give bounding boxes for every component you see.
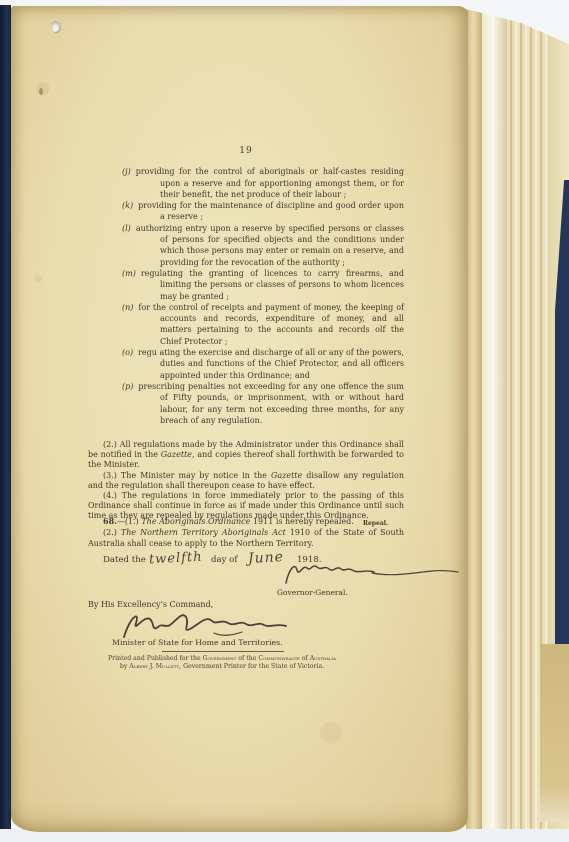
item-letter: (m)	[122, 269, 136, 278]
imprint-text: of	[300, 655, 310, 662]
margin-note-repeal: Repeal.	[363, 519, 388, 530]
list-item: (p)prescribing penalties not exceeding f…	[88, 381, 404, 426]
dated-label: Dated the	[88, 555, 146, 565]
imprint-smallcaps: Government	[203, 655, 237, 662]
imprint-line-2: by Albert J. Mullett, Government Printer…	[86, 663, 358, 671]
imprint-text: of the	[236, 655, 258, 662]
governor-general-title: Governor-General.	[277, 588, 348, 597]
clause-3: (3.) The Minister may by notice in the G…	[88, 471, 404, 491]
repealed-act-title: The Northern Territory Aboriginals Act	[121, 528, 286, 537]
book-left-binding-edge	[0, 5, 11, 836]
clause-2: (2.) All regulations made by the Adminis…	[88, 440, 404, 471]
page-number: 19	[88, 146, 404, 157]
clause-3-text: (3.) The Minister may by notice in the	[103, 471, 271, 480]
subclauses-block: (2.) All regulations made by the Adminis…	[88, 440, 404, 522]
day-of-label: day of	[211, 555, 238, 565]
item-text: regulating the granting of licences to c…	[141, 269, 404, 301]
section-68-sub2: (2.) The Northern Territory Aboriginals …	[88, 528, 404, 550]
list-item: (j)providing for the control of aborigin…	[88, 166, 404, 200]
section-number: 68.	[103, 516, 117, 526]
item-letter: (o)	[122, 348, 133, 357]
handwritten-day: twelfth	[148, 550, 202, 568]
item-letter: (k)	[122, 201, 133, 210]
item-text: regu ating the exercise and discharge of…	[138, 348, 404, 380]
item-letter: (n)	[122, 303, 133, 312]
section-68-block: 68.—(1.) The Aboriginals Ordinance 1911 …	[88, 516, 404, 549]
sub2-lead: (2.)	[103, 528, 121, 537]
item-text: prescribing penalties not exceeding for …	[138, 382, 404, 425]
handwritten-month: June	[248, 549, 285, 567]
imprint-text: , Government Printer for the State of Vi…	[179, 663, 324, 670]
section-text: 1911 is hereby repealed.	[250, 517, 353, 526]
imprint-line-1: Printed and Published for the Government…	[86, 655, 358, 663]
repealed-ordinance-title: The Aboriginals Ordinance	[141, 517, 250, 526]
imprint-text: Printed and Published for the	[108, 655, 203, 662]
page-stack-white-strip	[482, 7, 507, 834]
page-fore-edge	[466, 3, 482, 834]
printer-imprint: Printed and Published for the Government…	[86, 655, 358, 670]
item-text: authorizing entry upon a reserve by spec…	[136, 224, 404, 267]
item-text: providing for the control of aboriginals…	[136, 167, 404, 199]
item-text: providing for the maintenance of discipl…	[138, 201, 404, 221]
gazette-italic: Gazette	[271, 471, 302, 480]
item-letter: (p)	[122, 382, 133, 391]
item-letter: (l)	[122, 224, 131, 233]
item-text: for the control of receipts and payment …	[138, 303, 404, 346]
list-item: (l)authorizing entry upon a reserve by s…	[88, 223, 404, 268]
clause-list-block: 19 (j)providing for the control of abori…	[88, 146, 404, 426]
minister-title: Minister of State for Home and Territori…	[112, 638, 283, 647]
minister-rule	[162, 651, 284, 652]
item-letter: (j)	[122, 167, 131, 176]
list-item: (m)regulating the granting of licences t…	[88, 268, 404, 302]
book-corner-tan	[540, 644, 569, 822]
imprint-smallcaps: Australia	[310, 655, 336, 662]
gazette-italic: Gazette	[161, 450, 192, 459]
imprint-smallcaps: Commonwealth	[258, 655, 299, 662]
list-item: (o)regu ating the exercise and discharge…	[88, 347, 404, 381]
imprint-text: by	[120, 663, 129, 670]
punch-hole	[51, 21, 60, 32]
section-lead: —(1.)	[117, 517, 141, 526]
scanned-ordinance-photo: 19 (j)providing for the control of abori…	[0, 0, 569, 842]
paper-stain	[39, 88, 43, 95]
list-item: (k)providing for the maintenance of disc…	[88, 200, 404, 223]
imprint-smallcaps: Albert J. Mullett	[129, 663, 179, 670]
list-item: (n)for the control of receipts and payme…	[88, 302, 404, 347]
section-68-line: 68.—(1.) The Aboriginals Ordinance 1911 …	[88, 516, 404, 528]
